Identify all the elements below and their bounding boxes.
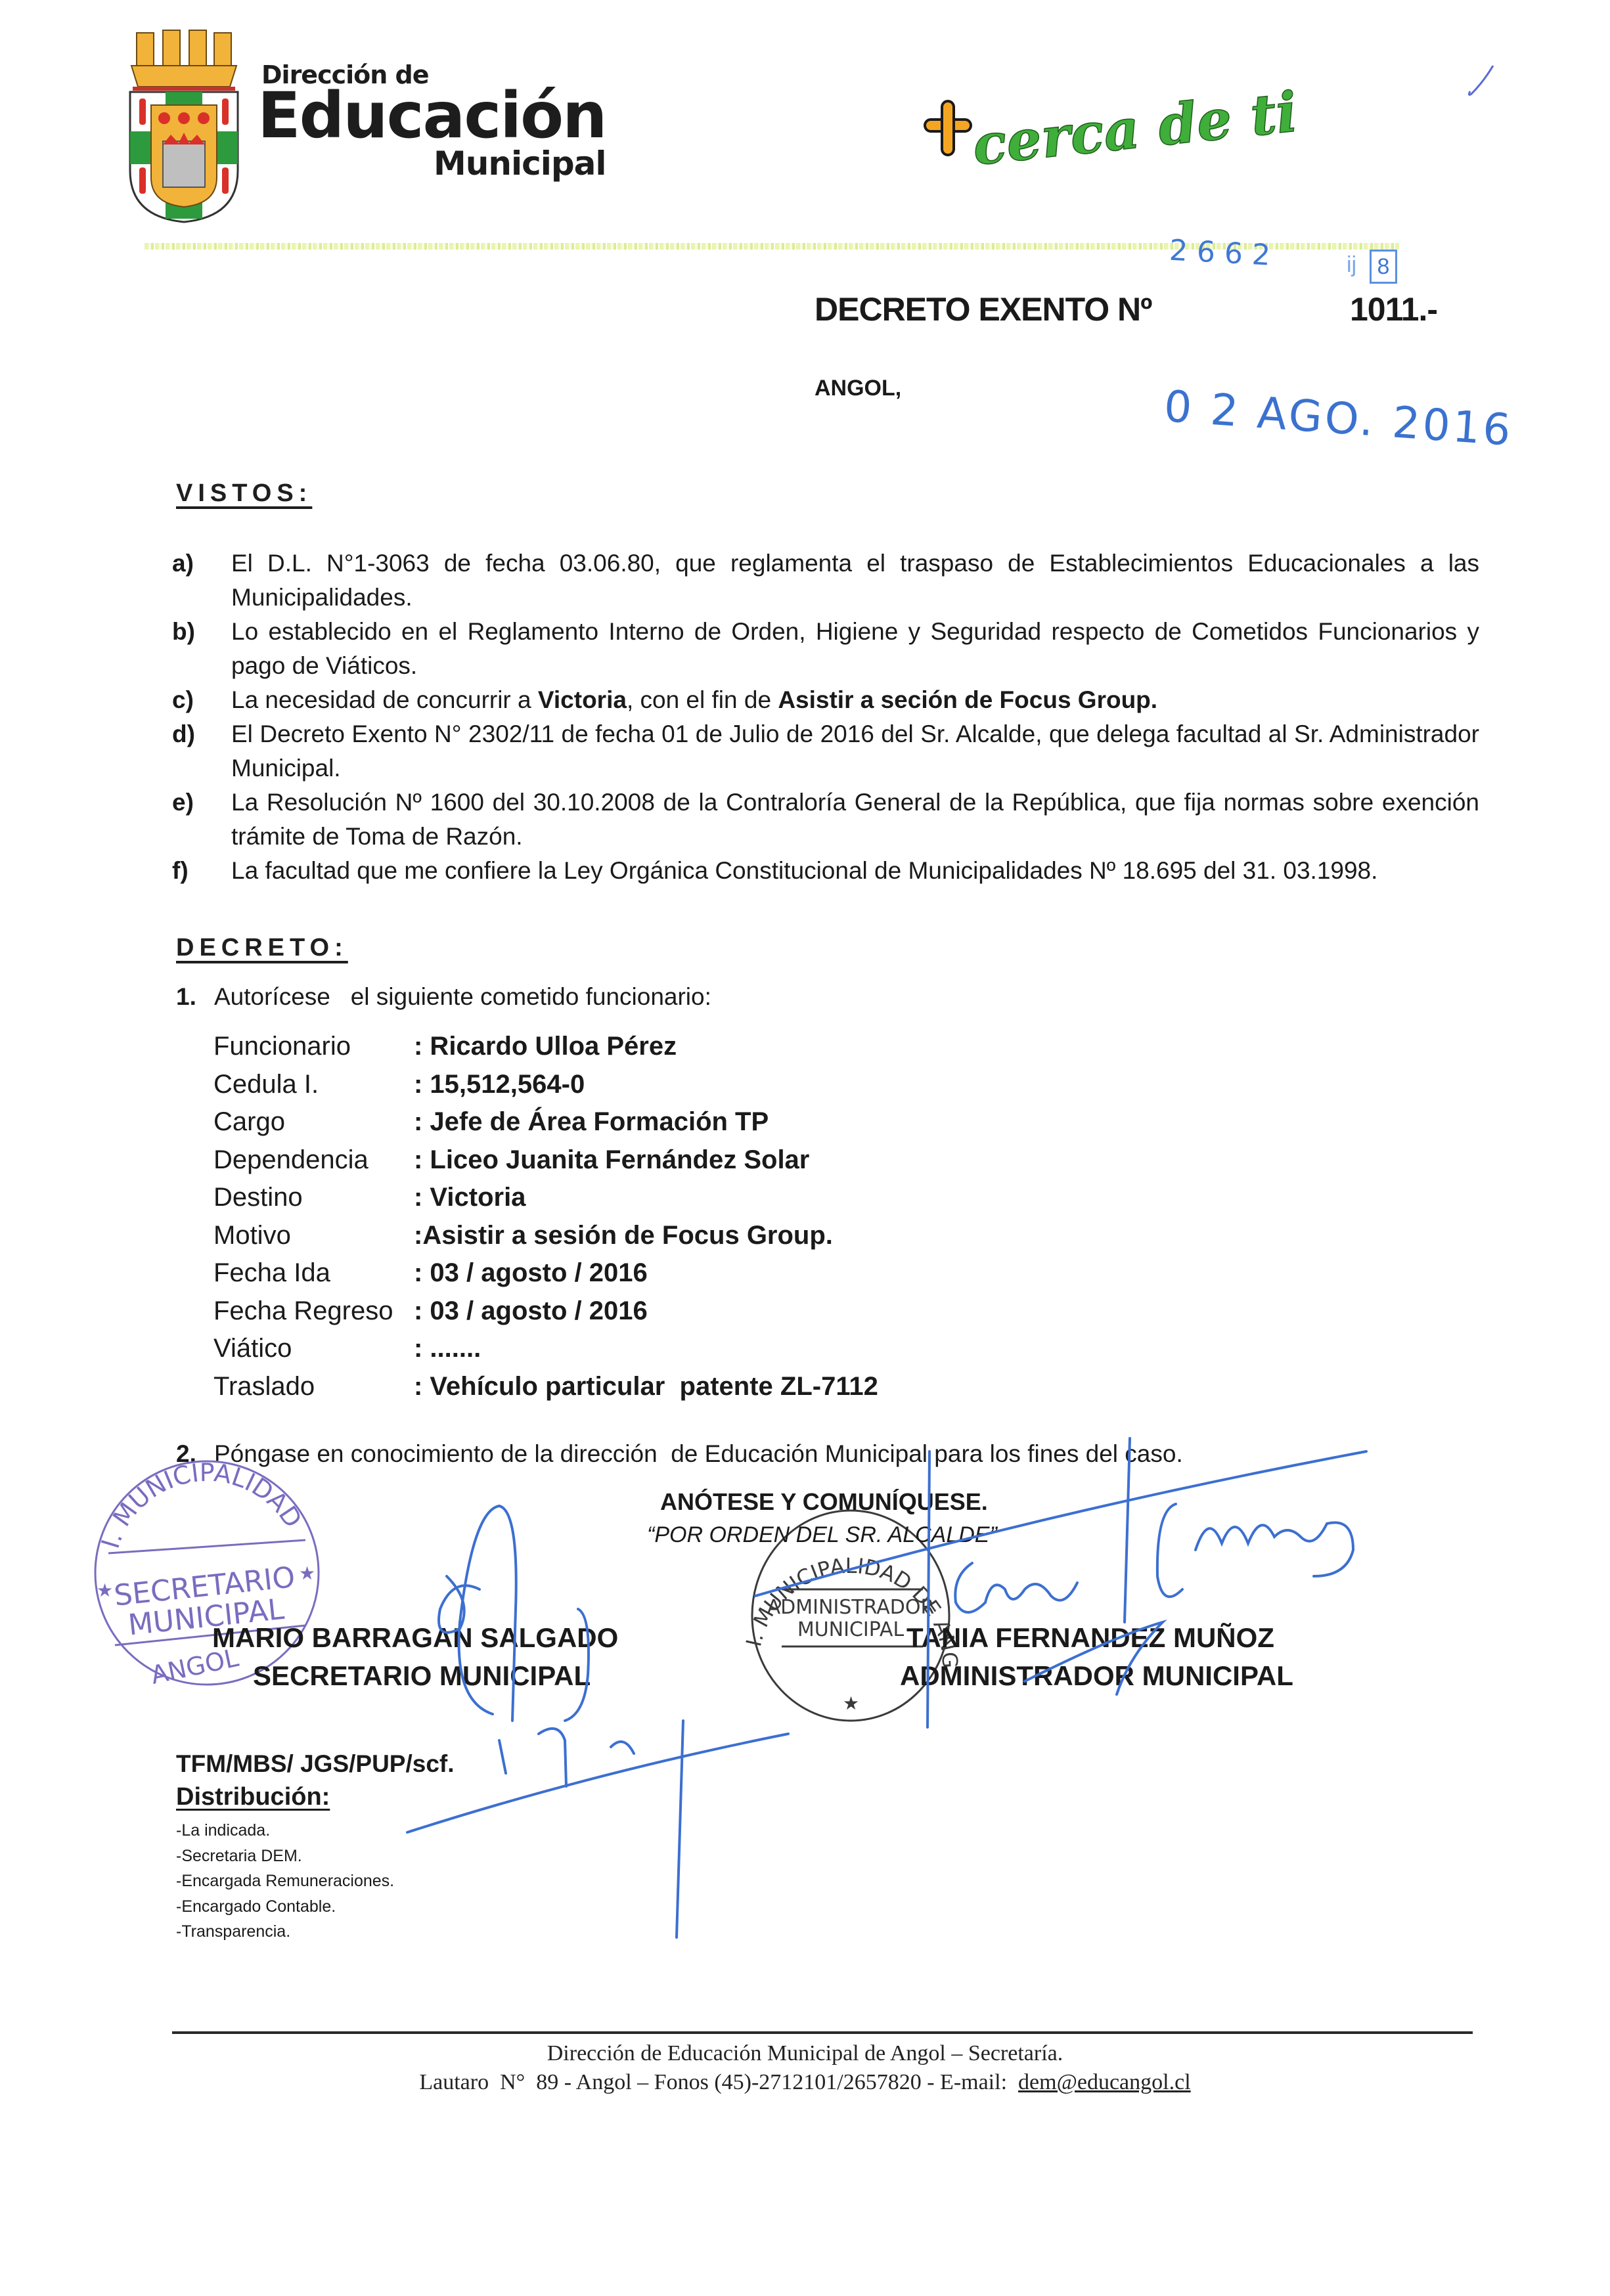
field-value: :Asistir a sesión de Focus Group.: [414, 1217, 833, 1255]
text-part: La necesidad de concurrir a: [231, 686, 538, 713]
registry-box-prefix: ij: [1347, 252, 1356, 278]
item-text: La necesidad de concurrir a Victoria, co…: [231, 683, 1479, 717]
field-value: : Vehículo particular patente ZL-7112: [414, 1368, 878, 1406]
reference-initials: TFM/MBS/ JGS/PUP/scf.: [176, 1750, 455, 1778]
field-value: : Liceo Juanita Fernández Solar: [414, 1141, 809, 1180]
item-letter: b): [172, 615, 231, 683]
field-label: Fecha Ida: [213, 1254, 414, 1292]
footer-email-link[interactable]: dem@educangol.cl: [1018, 2070, 1191, 2094]
svg-text:★: ★: [299, 1563, 315, 1583]
decree-number: 1011.-: [1350, 290, 1437, 328]
vistos-heading: VISTOS:: [176, 479, 312, 508]
field-row: Motivo:Asistir a sesión de Focus Group.: [213, 1217, 878, 1255]
distribution-item: -Encargado Contable.: [176, 1894, 394, 1920]
field-label: Cedula I.: [213, 1066, 414, 1104]
destination-bold: Victoria: [538, 686, 627, 713]
item-letter: f): [172, 854, 231, 888]
logo-line-3: Municipal: [434, 144, 606, 183]
svg-text:I. MUNICIPALIDAD: I. MUNICIPALIDAD: [96, 1458, 308, 1552]
vistos-item: d) El Decreto Exento N° 2302/11 de fecha…: [172, 717, 1479, 785]
registry-number-stamp: 2662: [1169, 234, 1280, 273]
administrator-title: ADMINISTRADOR MUNICIPAL: [900, 1660, 1293, 1692]
logo-line-2: Educación: [257, 84, 606, 147]
item-letter: a): [172, 546, 231, 615]
field-row: Cargo: Jefe de Área Formación TP: [213, 1103, 878, 1141]
vistos-item: f) La facultad que me confiere la Ley Or…: [172, 854, 1479, 888]
item-letter: d): [172, 717, 231, 785]
distribution-list: -La indicada. -Secretaria DEM. -Encargad…: [176, 1818, 394, 1945]
vistos-item: c) La necesidad de concurrir a Victoria,…: [172, 683, 1479, 717]
administrator-name: TANIA FERNANDEZ MUÑOZ: [906, 1622, 1274, 1654]
registry-box-stamp: 8: [1370, 250, 1397, 284]
vistos-item: e) La Resolución Nº 1600 del 30.10.2008 …: [172, 785, 1479, 854]
text-part: , con el fin de: [627, 686, 778, 713]
distribution-item: -Secretaria DEM.: [176, 1843, 394, 1869]
svg-text:ADMINISTRADOR: ADMINISTRADOR: [767, 1596, 935, 1619]
field-label: Dependencia: [213, 1141, 414, 1180]
field-row: Fecha Ida: 03 / agosto / 2016: [213, 1254, 878, 1292]
point-text: Autorícese el siguiente cometido funcion…: [214, 983, 711, 1010]
field-label: Destino: [213, 1179, 414, 1217]
initials-signature: [407, 1721, 788, 1937]
svg-text:★: ★: [843, 1693, 859, 1713]
svg-text:★: ★: [97, 1580, 113, 1601]
date-stamp: 0 2 AGO. 2016: [1163, 381, 1515, 456]
field-value: : Victoria: [414, 1179, 525, 1217]
decreto-point-1: 1.Autorícese el siguiente cometido funci…: [176, 983, 711, 1011]
field-row: Traslado: Vehículo particular patente ZL…: [213, 1368, 878, 1406]
distribution-item: -Encargada Remuneraciones.: [176, 1868, 394, 1894]
secretary-name: MARIO BARRAGAN SALGADO: [212, 1622, 618, 1654]
assignment-fields: Funcionario: Ricardo Ulloa PérezCedula I…: [213, 1028, 878, 1405]
check-mark-icon: [1464, 62, 1496, 102]
field-value: : 03 / agosto / 2016: [414, 1292, 648, 1331]
field-row: Cedula I.: 15,512,564-0: [213, 1066, 878, 1104]
by-order-of-mayor: “POR ORDEN DEL SR. ALCALDE”: [647, 1522, 997, 1548]
purpose-bold: Asistir a seción de Focus Group.: [778, 686, 1157, 713]
field-label: Cargo: [213, 1103, 414, 1141]
item-text: La Resolución Nº 1600 del 30.10.2008 de …: [231, 785, 1479, 854]
vistos-list: a) El D.L. N°1-3063 de fecha 03.06.80, q…: [172, 546, 1479, 888]
svg-text:MUNICIPAL: MUNICIPAL: [797, 1618, 905, 1641]
item-letter: e): [172, 785, 231, 854]
point-number: 1.: [176, 983, 214, 1011]
footer-divider: [172, 2031, 1473, 2034]
distribution-heading: Distribución:: [176, 1783, 330, 1811]
field-label: Funcionario: [213, 1028, 414, 1066]
field-row: Dependencia: Liceo Juanita Fernández Sol…: [213, 1141, 878, 1180]
item-text: El Decreto Exento N° 2302/11 de fecha 01…: [231, 717, 1479, 785]
footer-contact: Lautaro N° 89 - Angol – Fonos (45)-27121…: [0, 2070, 1610, 2095]
vistos-item: a) El D.L. N°1-3063 de fecha 03.06.80, q…: [172, 546, 1479, 615]
secretary-title: SECRETARIO MUNICIPAL: [253, 1660, 591, 1692]
field-label: Traslado: [213, 1368, 414, 1406]
field-value: : 15,512,564-0: [414, 1066, 585, 1104]
distribution-item: -Transparencia.: [176, 1919, 394, 1945]
field-value: : Ricardo Ulloa Pérez: [414, 1028, 677, 1066]
field-value: : .......: [414, 1330, 481, 1368]
item-text: El D.L. N°1-3063 de fecha 03.06.80, que …: [231, 546, 1479, 615]
footer-address: Lautaro N° 89 - Angol – Fonos (45)-27121…: [419, 2070, 1018, 2094]
plus-icon: [925, 101, 971, 155]
item-letter: c): [172, 683, 231, 717]
field-row: Viático: .......: [213, 1330, 878, 1368]
city-label: ANGOL,: [815, 376, 901, 401]
field-row: Fecha Regreso: 03 / agosto / 2016: [213, 1292, 878, 1331]
field-row: Destino: Victoria: [213, 1179, 878, 1217]
point-text: Póngase en conocimiento de la dirección …: [214, 1440, 1183, 1467]
slogan-logo: cerca de ti: [906, 85, 1301, 171]
distribution-item: -La indicada.: [176, 1818, 394, 1843]
decreto-heading: DECRETO:: [176, 934, 348, 962]
item-text: Lo establecido en el Reglamento Interno …: [231, 615, 1479, 683]
field-label: Fecha Regreso: [213, 1292, 414, 1331]
vistos-item: b) Lo establecido en el Reglamento Inter…: [172, 615, 1479, 683]
field-label: Motivo: [213, 1217, 414, 1255]
field-label: Viático: [213, 1330, 414, 1368]
item-text: La facultad que me confiere la Ley Orgán…: [231, 854, 1479, 888]
closing-formula: ANÓTESE Y COMUNÍQUESE.: [660, 1488, 988, 1516]
field-value: : 03 / agosto / 2016: [414, 1254, 648, 1292]
decree-title: DECRETO EXENTO Nº: [815, 290, 1152, 328]
footer-office: Dirección de Educación Municipal de Ango…: [0, 2041, 1610, 2066]
municipal-crest-icon: [125, 26, 243, 223]
field-value: : Jefe de Área Formación TP: [414, 1103, 769, 1141]
svg-text:cerca de ti: cerca de ti: [970, 85, 1300, 171]
field-row: Funcionario: Ricardo Ulloa Pérez: [213, 1028, 878, 1066]
